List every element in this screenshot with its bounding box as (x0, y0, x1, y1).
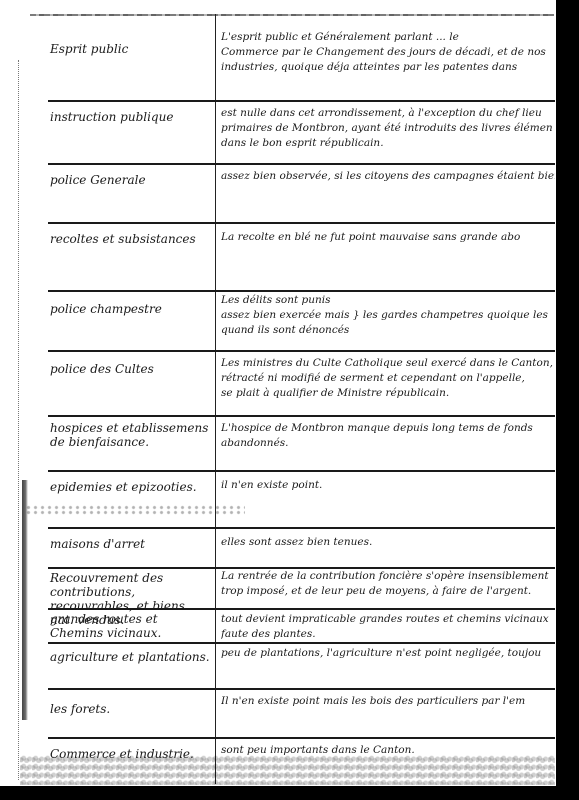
row-topic: les forets. (50, 702, 210, 716)
row-observation: L'hospice de Montbron manque depuis long… (221, 421, 555, 451)
row-separator (48, 642, 555, 644)
left-edge-stain (22, 480, 28, 720)
row-separator (48, 163, 555, 165)
row-topic: grandes routes et Chemins vicinaux. (50, 612, 210, 640)
observation-line: quand ils sont dénoncés (221, 323, 555, 338)
row-observation: est nulle dans cet arrondissement, à l'e… (221, 106, 555, 151)
row-observation: tout devient impraticable grandes routes… (221, 612, 555, 642)
row-observation: Les ministres du Culte Catholique seul e… (221, 356, 555, 401)
observation-line: assez bien exercée mais } les gardes cha… (221, 308, 555, 323)
row-separator (48, 290, 555, 292)
row-observation: La rentrée de la contribution foncière s… (221, 569, 555, 599)
observation-line: elles sont assez bien tenues. (221, 535, 555, 550)
row-topic: recoltes et subsistances (50, 232, 210, 246)
column-divider (215, 14, 216, 784)
observation-line: Il n'en existe point mais les bois des p… (221, 694, 555, 709)
observation-line: trop imposé, et de leur peu de moyens, à… (221, 584, 555, 599)
observation-line: est nulle dans cet arrondissement, à l'e… (221, 106, 555, 121)
row-observation: peu de plantations, l'agriculture n'est … (221, 646, 555, 661)
observation-line: primaires de Montbron, ayant été introdu… (221, 121, 555, 136)
observation-line: abandonnés. (221, 436, 555, 451)
row-topic: police des Cultes (50, 362, 210, 376)
observation-line: Les délits sont punis (221, 293, 555, 308)
scan-noise (25, 505, 245, 515)
row-observation: La recolte en blé ne fut point mauvaise … (221, 230, 555, 245)
observation-line: dans le bon esprit républicain. (221, 136, 555, 151)
observation-line: faute des plantes. (221, 627, 555, 642)
observation-line: Commerce par le Changement des jours de … (221, 45, 555, 60)
row-topic: Esprit public (50, 42, 210, 56)
observation-line: L'hospice de Montbron manque depuis long… (221, 421, 555, 436)
observation-line: La recolte en blé ne fut point mauvaise … (221, 230, 555, 245)
row-topic: police Generale (50, 173, 210, 187)
row-topic: Commerce et industrie. (50, 747, 210, 761)
row-observation: Il n'en existe point mais les bois des p… (221, 694, 555, 709)
row-topic: maisons d'arret (50, 537, 210, 551)
row-separator (48, 415, 555, 417)
observation-line: sont peu importants dans le Canton. (221, 743, 555, 758)
row-separator (48, 350, 555, 352)
row-separator (48, 222, 555, 224)
row-observation: il n'en existe point. (221, 478, 555, 493)
row-topic: police champestre (50, 302, 210, 316)
row-separator (48, 470, 555, 472)
row-observation: L'esprit public et Généralement parlant … (221, 30, 555, 75)
observation-line: se plait à qualifier de Ministre républi… (221, 386, 555, 401)
observation-line: tout devient impraticable grandes routes… (221, 612, 555, 627)
row-topic: epidemies et epizooties. (50, 480, 210, 494)
observation-line: peu de plantations, l'agriculture n'est … (221, 646, 555, 661)
row-observation: Les délits sont punisassez bien exercée … (221, 293, 555, 338)
scanned-document-page: Esprit publicL'esprit public et Générale… (0, 0, 556, 786)
observation-line: industries, quoique déja atteintes par l… (221, 60, 555, 75)
observation-line: il n'en existe point. (221, 478, 555, 493)
row-observation: elles sont assez bien tenues. (221, 535, 555, 550)
row-topic: instruction publique (50, 110, 210, 124)
top-border-rule (30, 14, 554, 16)
row-topic: hospices et etablissemens de bienfaisanc… (50, 421, 210, 449)
row-separator (48, 100, 555, 102)
row-observation: sont peu importants dans le Canton. (221, 743, 555, 758)
observation-line: assez bien observée, si les citoyens des… (221, 169, 555, 184)
observation-line: La rentrée de la contribution foncière s… (221, 569, 555, 584)
observation-line: Les ministres du Culte Catholique seul e… (221, 356, 555, 371)
observation-line: L'esprit public et Généralement parlant … (221, 30, 555, 45)
row-separator (48, 527, 555, 529)
row-topic: agriculture et plantations. (50, 650, 210, 664)
row-observation: assez bien observée, si les citoyens des… (221, 169, 555, 184)
row-separator (48, 688, 555, 690)
row-separator (48, 737, 555, 739)
observation-line: rétracté ni modifié de serment et cepend… (221, 371, 555, 386)
